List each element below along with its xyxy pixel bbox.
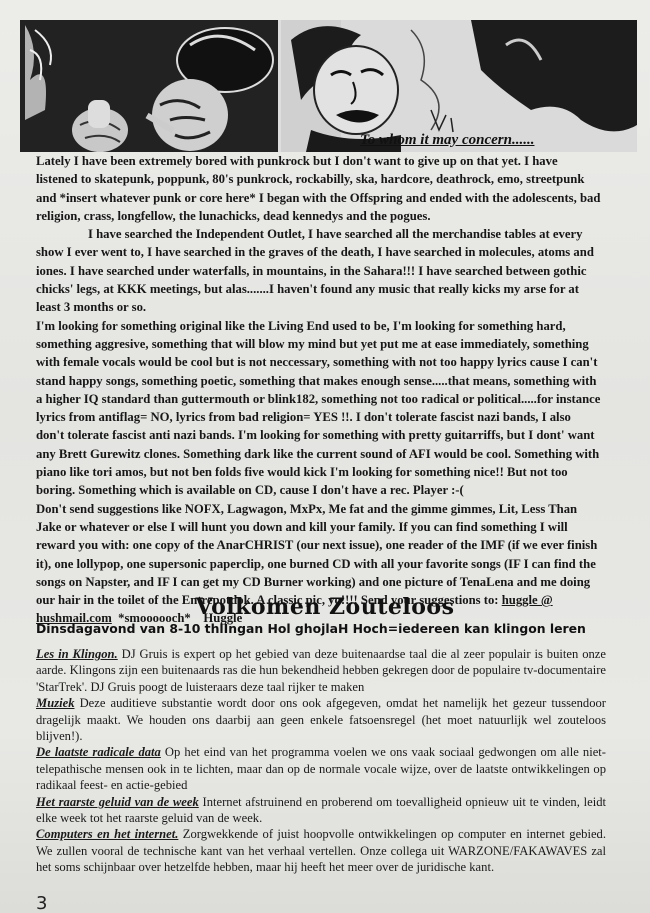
program-item-computers: Computers en het internet. Zorgwekkende … [36, 826, 606, 875]
program-item-radicale-data: De laatste radicale data Op het eind van… [36, 744, 606, 793]
program-item-muziek: Muziek Deze auditieve substantie wordt d… [36, 695, 606, 744]
program-heading: Computers en het internet. [36, 827, 178, 841]
program-heading: Muziek [36, 696, 75, 710]
paragraph-3: I'm looking for something original like … [36, 317, 602, 500]
paragraph-2: I have searched the Independent Outlet, … [36, 225, 602, 316]
comic-panel-left [20, 20, 278, 152]
paragraph-1: Lately I have been extremely bored with … [36, 152, 602, 225]
page-number: 3 [36, 893, 47, 913]
zine-page: To whom it may concern...... Lately I ha… [0, 0, 650, 913]
paragraph-4-text: Don't send suggestions like NOFX, Lagwag… [36, 502, 597, 607]
cigar-smoker-illustration [20, 20, 278, 152]
program-heading: Het raarste geluid van de week [36, 795, 199, 809]
english-article-body: Lately I have been extremely bored with … [36, 152, 602, 628]
article-title: To whom it may concern...... [356, 132, 538, 149]
program-item-raarste-geluid: Het raarste geluid van de week Internet … [36, 794, 606, 827]
section-title: Volkomen Zouteloos [0, 594, 650, 620]
comic-strip [20, 20, 637, 152]
program-heading: De laatste radicale data [36, 745, 161, 759]
section-subtitle: Dinsdagavond van 8-10 thlIngan Hol ghojl… [36, 621, 616, 636]
program-heading: Les in Klingon. [36, 647, 118, 661]
program-item-klingon: Les in Klingon. DJ Gruis is expert op he… [36, 646, 606, 695]
dutch-article-body: Les in Klingon. DJ Gruis is expert op he… [36, 646, 606, 876]
program-body: Deze auditieve substantie wordt door ons… [36, 696, 606, 743]
program-body: DJ Gruis is expert op het gebied van dez… [36, 647, 606, 694]
